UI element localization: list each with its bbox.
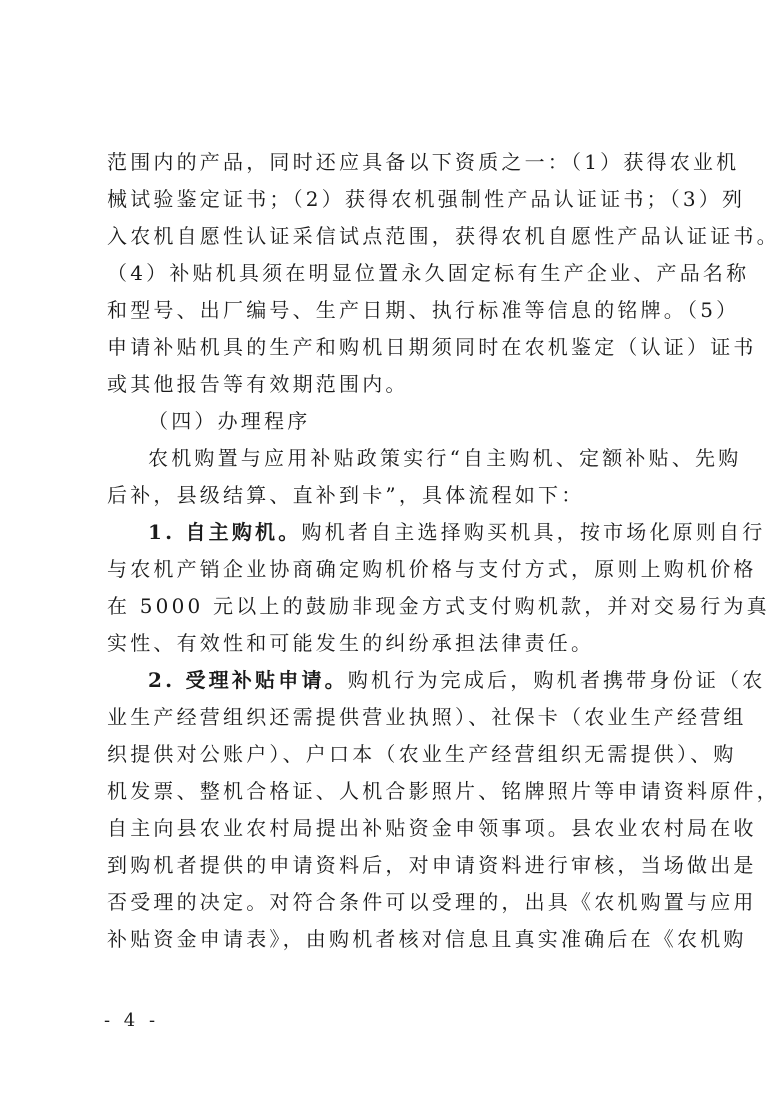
text-line: 织提供对公账户）、户口本（农业生产经营组织无需提供）、购: [107, 740, 687, 768]
text-line: 械试验鉴定证书；（2）获得农机强制性产品认证证书；（3）列: [107, 185, 687, 213]
text-line: 或其他报告等有效期范围内。: [107, 370, 687, 398]
text-line: 与农机产销企业协商确定购机价格与支付方式，原则上购机价格: [107, 555, 687, 583]
text-line: 业生产经营组织还需提供营业执照）、社保卡（农业生产经营组: [107, 703, 687, 731]
numbered-item-1: 1. 自主购机。购机者自主选择购买机具，按市场化原则自行: [148, 518, 688, 546]
text-line: 机发票、整机合格证、人机合影照片、铭牌照片等申请资料原件，: [107, 777, 687, 805]
text-line: 自主向县农业农村局提出补贴资金申领事项。县农业农村局在收: [107, 814, 687, 842]
text-line: 申请补贴机具的生产和购机日期须同时在农机鉴定（认证）证书: [107, 333, 687, 361]
text-line: 实性、有效性和可能发生的纠纷承担法律责任。: [107, 629, 687, 657]
item-text: 购机者自主选择购买机具，按市场化原则自行: [301, 520, 765, 544]
text-line: 到购机者提供的申请资料后，对申请资料进行审核，当场做出是: [107, 851, 687, 879]
page-number: - 4 -: [104, 1010, 159, 1031]
section-heading: （四）办理程序: [148, 407, 688, 435]
item-title: 2. 受理补贴申请。: [148, 668, 348, 692]
document-page: 范围内的产品，同时还应具备以下资质之一：（1）获得农业机 械试验鉴定证书；（2）…: [0, 0, 780, 1103]
text-line: 后补，县级结算、直补到卡”，具体流程如下：: [107, 481, 687, 509]
item-text: 购机行为完成后，购机者携带身份证（农: [348, 668, 766, 692]
text-line: 农机购置与应用补贴政策实行“自主购机、定额补贴、先购: [148, 444, 688, 472]
text-line: （4）补贴机具须在明显位置永久固定标有生产企业、产品名称: [107, 259, 687, 287]
numbered-item-2: 2. 受理补贴申请。购机行为完成后，购机者携带身份证（农: [148, 666, 688, 694]
text-line: 补贴资金申请表》，由购机者核对信息且真实准确后在《农机购: [107, 925, 687, 953]
text-line: 否受理的决定。对符合条件可以受理的，出具《农机购置与应用: [107, 888, 687, 916]
text-line: 和型号、出厂编号、生产日期、执行标准等信息的铭牌。（5）: [107, 296, 687, 324]
text-line: 范围内的产品，同时还应具备以下资质之一：（1）获得农业机: [107, 148, 687, 176]
item-title: 1. 自主购机。: [148, 520, 301, 544]
text-line: 在 5000 元以上的鼓励非现金方式支付购机款，并对交易行为真: [107, 592, 687, 620]
text-line: 入农机自愿性认证采信试点范围，获得农机自愿性产品认证证书。: [107, 222, 687, 250]
